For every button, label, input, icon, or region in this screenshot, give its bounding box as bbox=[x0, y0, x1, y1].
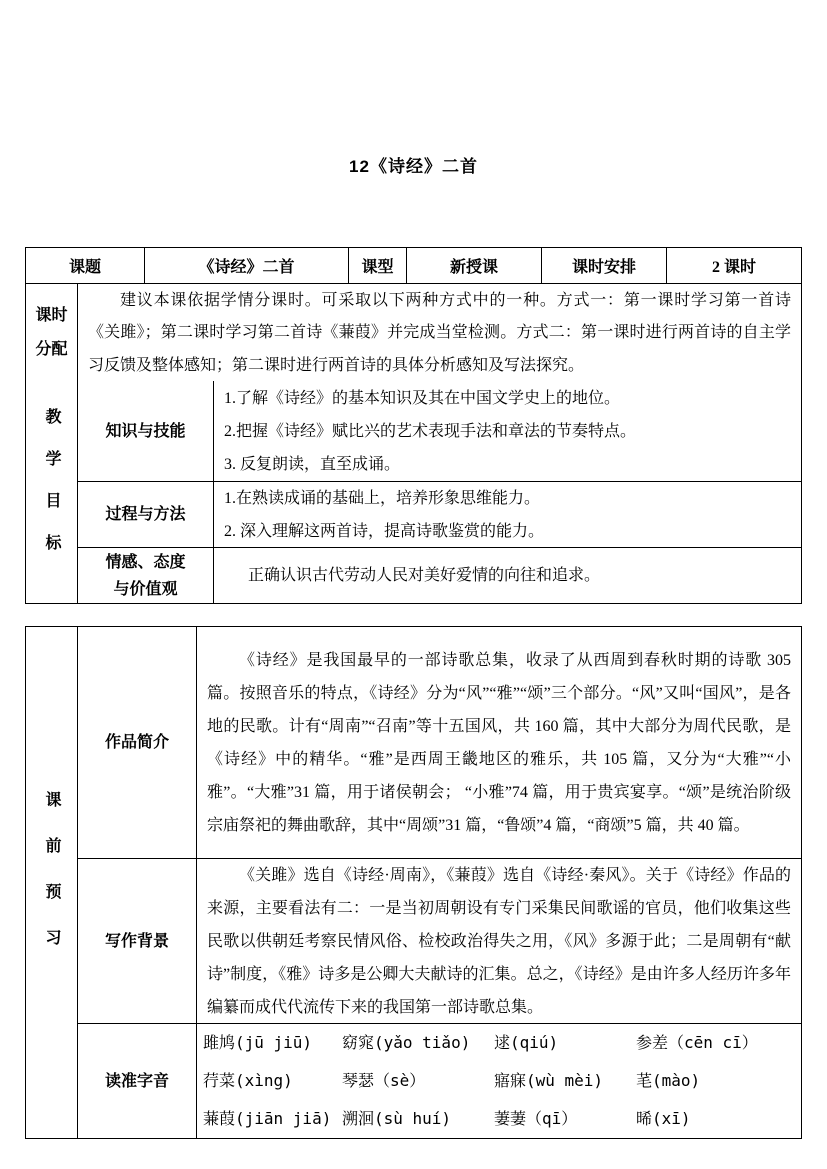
knowledge-skills-content: 1.了解《诗经》的基本知识及其在中国文学史上的地位。 2.把握《诗经》赋比兴的艺… bbox=[214, 381, 801, 481]
work-intro-text: 《诗经》是我国最早的一部诗歌总集，收录了从西周到春秋时期的诗歌 305 篇。按照… bbox=[207, 644, 791, 842]
preview-table: 课前预习 作品简介 《诗经》是我国最早的一部诗歌总集，收录了从西周到春秋时期的诗… bbox=[25, 626, 802, 1139]
process-method-content: 1.在熟读成诵的基础上，培养形象思维能力。 2. 深入理解这两首诗，提高诗歌鉴赏… bbox=[214, 482, 801, 547]
preview-body: 作品简介 《诗经》是我国最早的一部诗歌总集，收录了从西周到春秋时期的诗歌 305… bbox=[78, 627, 801, 1138]
pinyin-item: 雎鸠(jū jiū) bbox=[203, 1024, 342, 1062]
knowledge-skills-label: 知识与技能 bbox=[78, 381, 214, 481]
teaching-goals-body: 知识与技能 1.了解《诗经》的基本知识及其在中国文学史上的地位。 2.把握《诗经… bbox=[78, 381, 801, 603]
teaching-goals-vertical-text: 教学目标 bbox=[40, 408, 63, 576]
allocation-text: 建议本课依据学情分课时。可采取以下两种方式中的一种。方式一：第一课时学习第一首诗… bbox=[78, 284, 801, 381]
pinyin-item: 萋萋（qī） bbox=[494, 1100, 636, 1138]
allocation-row: 课时 分配 建议本课依据学情分课时。可采取以下两种方式中的一种。方式一：第一课时… bbox=[26, 283, 801, 381]
schedule-value: 2 课时 bbox=[666, 248, 801, 283]
emotion-values-row: 情感、态度 与价值观 正确认识古代劳动人民对美好爱情的向往和追求。 bbox=[78, 547, 801, 603]
document-page: 12《诗经》二首 课题 《诗经》二首 课型 新授课 课时安排 2 课时 课时 分… bbox=[0, 0, 827, 1169]
pinyin-item: 琴瑟（sè） bbox=[342, 1062, 494, 1100]
pinyin-item: 荇菜(xìng) bbox=[203, 1062, 342, 1100]
process-item: 1.在熟读成诵的基础上，培养形象思维能力。 bbox=[224, 482, 791, 515]
pinyin-item: 晞(xī) bbox=[636, 1100, 797, 1138]
preview-side-label: 课前预习 bbox=[26, 627, 78, 1138]
header-row: 课题 《诗经》二首 课型 新授课 课时安排 2 课时 bbox=[26, 248, 801, 283]
process-item: 2. 深入理解这两首诗，提高诗歌鉴赏的能力。 bbox=[224, 515, 791, 548]
pinyin-item: 寤寐(wù mèi) bbox=[494, 1062, 636, 1100]
schedule-label: 课时安排 bbox=[541, 248, 666, 283]
knowledge-item: 3. 反复朗读，直至成诵。 bbox=[224, 448, 791, 481]
allocation-label-line2: 分配 bbox=[35, 333, 67, 367]
emotion-label-line1: 情感、态度 bbox=[105, 549, 185, 576]
writing-background-text: 《关雎》选自《诗经·周南》，《蒹葭》选自《诗经·秦风》。关于《诗经》作品的来源，… bbox=[207, 859, 791, 1024]
allocation-label: 课时 分配 bbox=[26, 284, 78, 381]
pinyin-item: 蒹葭(jiān jiā) bbox=[203, 1100, 342, 1138]
pronunciation-label: 读准字音 bbox=[78, 1024, 197, 1138]
emotion-values-label: 情感、态度 与价值观 bbox=[78, 548, 214, 603]
course-type-value: 新授课 bbox=[406, 248, 541, 283]
pinyin-item: 芼(mào) bbox=[636, 1062, 797, 1100]
allocation-label-line1: 课时 bbox=[35, 299, 67, 333]
preview-vertical-text: 课前预习 bbox=[40, 791, 63, 975]
topic-value: 《诗经》二首 bbox=[144, 248, 348, 283]
pinyin-item: 逑(qiú) bbox=[494, 1024, 636, 1062]
lesson-info-table: 课题 《诗经》二首 课型 新授课 课时安排 2 课时 课时 分配 建议本课依据学… bbox=[25, 247, 802, 604]
teaching-goals-side-label: 教学目标 bbox=[26, 381, 78, 603]
emotion-text: 正确认识古代劳动人民对美好爱情的向往和追求。 bbox=[224, 559, 791, 592]
pronunciation-line: 蒹葭(jiān jiā) 溯洄(sù huí) 萋萋（qī） 晞(xī) bbox=[203, 1100, 797, 1138]
pronunciation-line: 荇菜(xìng) 琴瑟（sè） 寤寐(wù mèi) 芼(mào) bbox=[203, 1062, 797, 1100]
page-title: 12《诗经》二首 bbox=[0, 0, 827, 174]
teaching-goals-section: 教学目标 知识与技能 1.了解《诗经》的基本知识及其在中国文学史上的地位。 2.… bbox=[26, 381, 801, 603]
writing-background-content: 《关雎》选自《诗经·周南》，《蒹葭》选自《诗经·秦风》。关于《诗经》作品的来源，… bbox=[197, 859, 801, 1023]
knowledge-skills-row: 知识与技能 1.了解《诗经》的基本知识及其在中国文学史上的地位。 2.把握《诗经… bbox=[78, 381, 801, 481]
preview-section: 课前预习 作品简介 《诗经》是我国最早的一部诗歌总集，收录了从西周到春秋时期的诗… bbox=[26, 627, 801, 1138]
pinyin-item: 参差（cēn cī） bbox=[636, 1024, 797, 1062]
writing-background-row: 写作背景 《关雎》选自《诗经·周南》，《蒹葭》选自《诗经·秦风》。关于《诗经》作… bbox=[78, 858, 801, 1023]
topic-label: 课题 bbox=[26, 248, 144, 283]
work-intro-content: 《诗经》是我国最早的一部诗歌总集，收录了从西周到春秋时期的诗歌 305 篇。按照… bbox=[197, 627, 801, 858]
pronunciation-content: 雎鸠(jū jiū) 窈窕(yǎo tiǎo) 逑(qiú) 参差（cēn cī… bbox=[197, 1024, 801, 1138]
course-type-label: 课型 bbox=[348, 248, 406, 283]
pronunciation-row: 读准字音 雎鸠(jū jiū) 窈窕(yǎo tiǎo) 逑(qiú) 参差（c… bbox=[78, 1023, 801, 1138]
writing-background-label: 写作背景 bbox=[78, 859, 197, 1023]
pronunciation-line: 雎鸠(jū jiū) 窈窕(yǎo tiǎo) 逑(qiú) 参差（cēn cī… bbox=[203, 1024, 797, 1062]
knowledge-item: 1.了解《诗经》的基本知识及其在中国文学史上的地位。 bbox=[224, 382, 791, 415]
emotion-label-line2: 与价值观 bbox=[113, 576, 177, 603]
work-intro-row: 作品简介 《诗经》是我国最早的一部诗歌总集，收录了从西周到春秋时期的诗歌 305… bbox=[78, 627, 801, 858]
process-method-row: 过程与方法 1.在熟读成诵的基础上，培养形象思维能力。 2. 深入理解这两首诗，… bbox=[78, 481, 801, 547]
process-method-label: 过程与方法 bbox=[78, 482, 214, 547]
work-intro-label: 作品简介 bbox=[78, 627, 197, 858]
emotion-values-content: 正确认识古代劳动人民对美好爱情的向往和追求。 bbox=[214, 548, 801, 603]
knowledge-item: 2.把握《诗经》赋比兴的艺术表现手法和章法的节奏特点。 bbox=[224, 415, 791, 448]
pinyin-item: 溯洄(sù huí) bbox=[342, 1100, 494, 1138]
pinyin-item: 窈窕(yǎo tiǎo) bbox=[342, 1024, 494, 1062]
